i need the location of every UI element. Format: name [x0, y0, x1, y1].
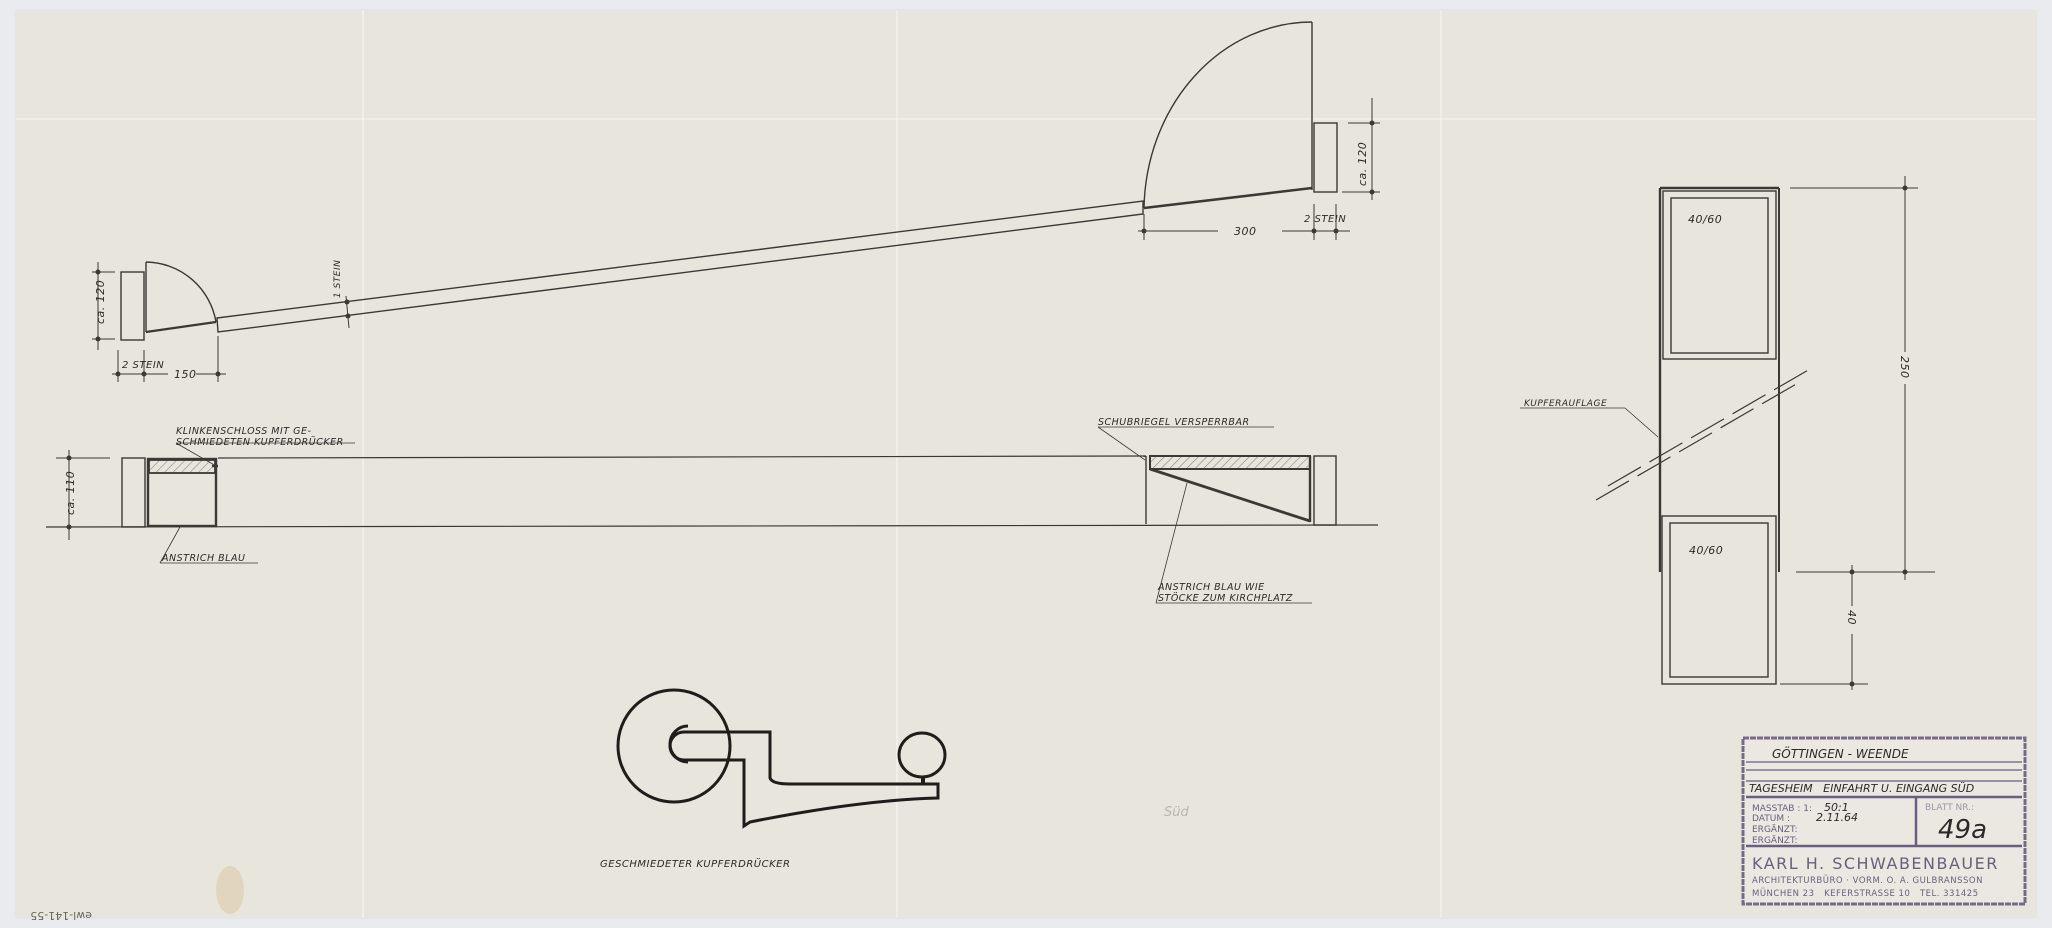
paper-stain: [216, 866, 244, 914]
section-height-label: 250: [1898, 356, 1911, 379]
elevation-height-label: ca. 110: [64, 471, 77, 515]
right-gate-brace: [1150, 469, 1310, 521]
pencil-note: Süd: [1164, 805, 1189, 820]
right-gate-width-label: 300: [1234, 225, 1257, 238]
handle-knob: [899, 733, 945, 777]
date-label: DATUM :: [1752, 814, 1790, 824]
title-block: GÖTTINGEN - WEENDE TAGESHEIM EINFAHRT U.…: [1743, 738, 2025, 904]
copper-label: KUPFERAUFLAGE: [1524, 399, 1607, 409]
paint-note-right-line2: STÖCKE ZUM KIRCHPLATZ: [1158, 593, 1293, 604]
plan-view-labels: ca. 120 2 STEIN 150 1 STEIN ca. 120 2 ST…: [94, 142, 1369, 381]
scale-label: MASSTAB : 1:: [1752, 804, 1812, 814]
paint-note-left: ANSTRICH BLAU: [161, 553, 245, 564]
bolt-note: SCHUBRIEGEL VERSPERRBAR: [1098, 417, 1250, 428]
title-location: GÖTTINGEN - WEENDE: [1772, 745, 1909, 761]
lower-post-label: 40/60: [1689, 544, 1723, 557]
right-gate-swing-arc: [1144, 22, 1312, 208]
upper-post-label: 40/60: [1688, 213, 1722, 226]
left-post-elevation: [122, 458, 145, 527]
handle-caption: GESCHMIEDETER KUPFERDRÜCKER: [600, 857, 790, 870]
technical-drawing: ca. 120 2 STEIN 150 1 STEIN ca. 120 2 ST…: [0, 0, 2052, 928]
right-post-plan: [1314, 123, 1337, 192]
right-post-height-label: ca. 120: [1356, 142, 1369, 186]
sheet-number: 49a: [1938, 815, 1987, 845]
paint-note-right-line1: ANSTRICH BLAU WIE: [1157, 582, 1265, 593]
handle-lever: [670, 732, 938, 826]
handle-detail: [618, 690, 945, 826]
architect-name: KARL H. SCHWABENBAUER: [1752, 854, 1999, 873]
date-value: 2.11.64: [1816, 811, 1858, 824]
foundation-label: 40: [1845, 610, 1858, 625]
left-gate-width-label: 150: [174, 368, 197, 381]
section-view: [1520, 176, 1935, 690]
left-gate-swing-arc: [146, 262, 216, 322]
plan-view: [92, 22, 1380, 382]
architect-address: MÜNCHEN 23 KEFERSTRASSE 10 TEL. 331425: [1752, 888, 1979, 899]
ground-line: [46, 525, 1378, 527]
elevation-view: [46, 427, 1378, 603]
elevation-view-labels: ca. 110 KLINKENSCHLOSS MIT GE- SCHMIEDET…: [64, 417, 1293, 604]
archive-number: ewl-141-55: [30, 909, 92, 922]
section-view-labels: 40/60 40/60 KUPFERAUFLAGE 250 40: [1524, 213, 1911, 625]
left-post-plan: [121, 272, 144, 340]
title-project: TAGESHEIM EINFAHRT U. EINGANG SÜD: [1749, 782, 1974, 795]
amended1-label: ERGÄNZT:: [1752, 824, 1798, 835]
wall-thickness-label: 1 STEIN: [333, 260, 343, 298]
right-post-elevation: [1314, 456, 1336, 525]
architect-office: ARCHITEKTURBÜRO · VORM. O. A. GULBRANSSO…: [1752, 875, 1983, 886]
handle-rosette: [618, 690, 730, 802]
wall-plan: [217, 201, 1143, 332]
left-post-height-label: ca. 120: [94, 280, 107, 324]
lower-post-section: [1662, 516, 1776, 684]
lock-note-line2: SCHMIEDETEN KUPFERDRÜCKER: [176, 437, 344, 448]
sheet-label: BLATT NR.:: [1925, 803, 1974, 813]
left-post-width-label: 2 STEIN: [122, 360, 164, 371]
right-post-width-label: 2 STEIN: [1304, 214, 1346, 225]
amended2-label: ERGÄNZT:: [1752, 835, 1798, 846]
lock-note-line1: KLINKENSCHLOSS MIT GE-: [176, 426, 311, 437]
